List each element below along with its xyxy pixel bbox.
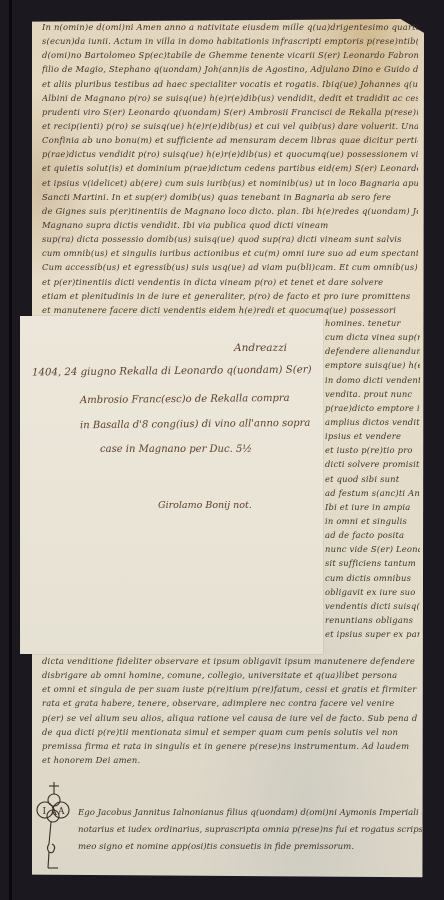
text-line: homines. tenetur xyxy=(325,316,420,330)
text-line: de qua dicti p(re)tii mentionata simul e… xyxy=(42,725,418,739)
text-line: et manutenere facere dicti vendentis eid… xyxy=(42,303,418,317)
text-line: renuntians obligans xyxy=(325,613,420,627)
pasted-archival-note: Andreazzi 1404, 24 giugno Rekalla di Leo… xyxy=(20,316,323,654)
text-line: rata et grata habere, tenere, observare,… xyxy=(42,696,418,710)
text-line: et quietis solut(is) et dominium p(rae)d… xyxy=(42,161,418,175)
manuscript-text-upper: In n(omin)e d(omi)ni Amen anno a nativit… xyxy=(42,20,418,317)
sign-letter-2: A xyxy=(50,808,58,818)
subscription-line: notarius et iudex ordinarius, suprascrip… xyxy=(78,822,422,839)
text-line: Albini de Magnano p(ro) se suisq(ue) h(e… xyxy=(42,91,418,105)
text-line: vendita. prout nunc xyxy=(325,387,420,401)
sign-letter-1: I xyxy=(43,807,47,817)
text-line: et recip(ienti) p(ro) se suisq(ue) h(e)r… xyxy=(42,119,418,133)
text-line: filio de Magio, Stephano q(uondam) Joh(a… xyxy=(42,62,418,76)
text-line: p(er) se vel alium seu alios, aliqua rat… xyxy=(42,711,418,725)
text-line: Ibi et iure in ampia xyxy=(325,500,420,514)
text-line: Sancti Martini. In et sup(er) domib(us) … xyxy=(42,190,418,204)
sign-letter-3: A xyxy=(57,807,65,817)
text-line: dicta venditione fideliter observare et … xyxy=(42,654,418,668)
text-line: Magnano supra dictis vendidit. Ibi via p… xyxy=(42,218,418,232)
text-line: et p(er)tinentiis dicti vendentis in dic… xyxy=(42,275,418,289)
text-line: cum dictis omnibus xyxy=(325,571,420,585)
text-line: In n(omin)e d(omi)ni Amen anno a nativit… xyxy=(42,20,418,34)
text-line: etiam et plenitudinis in de iure et gene… xyxy=(42,289,418,303)
text-line: dicti solvere promisit xyxy=(325,457,420,471)
notary-sign-icon: I A A xyxy=(34,780,74,875)
subscription-line: meo signo et nomine app(osi)tis consueti… xyxy=(78,839,422,856)
text-line: ipsius et vendere xyxy=(325,429,420,443)
text-line: et ipsius v(idelicet) ab(ere) cum suis i… xyxy=(42,176,418,190)
text-line: Cum accessib(us) et egressib(us) suis us… xyxy=(42,260,418,274)
text-line: Confinia ab uno bonu(m) et sufficiente a… xyxy=(42,133,418,147)
manuscript-text-lower: dicta venditione fideliter observare et … xyxy=(42,654,418,767)
text-line: obligavit ex iure suo xyxy=(325,585,420,599)
manuscript-text-right-margin: homines. tenetur cum dicta vinea sup(ra)… xyxy=(325,316,420,641)
text-line: defendere alienandum xyxy=(325,344,420,358)
text-line: emptore suisq(ue) h(e)r(e)dib(us) xyxy=(325,358,420,372)
text-line: d(omi)no Bartolomeo Sp(ec)tabile de Ghem… xyxy=(42,48,418,62)
text-line: amplius dictos vendit xyxy=(325,415,420,429)
text-line: vendentis dicti suisq(ue) xyxy=(325,599,420,613)
text-line: et quod sibi sunt xyxy=(325,472,420,486)
notarial-subscription: Ego Jacobus Jannitus Ialnonianus filius … xyxy=(78,805,422,856)
text-line: sit sufficiens tantum xyxy=(325,556,420,570)
text-line: et aliis pluribus testibus ad haec speci… xyxy=(42,77,418,91)
note-line-4: case in Magnano per Duc. 5½ xyxy=(100,444,252,455)
text-line: p(rae)dicto emptore iure et xyxy=(325,401,420,415)
text-line: sup(ra) dicta possessio domib(us) suisq(… xyxy=(42,232,418,246)
text-line: et iusto p(re)tio pro xyxy=(325,443,420,457)
text-line: disbrigare ab omni homine, comune, colle… xyxy=(42,668,418,682)
text-line: prudenti viro S(er) Leonardo q(uondam) S… xyxy=(42,105,418,119)
text-line: cum omnib(us) et singulis iuribus action… xyxy=(42,246,418,260)
text-line: et omni et singula de per suam iuste p(r… xyxy=(42,682,418,696)
subscription-line: Ego Jacobus Jannitus Ialnonianus filius … xyxy=(78,805,422,822)
text-line: ad de facto posita xyxy=(325,528,420,542)
note-line-1: 1404, 24 giugno Rekalla di Leonardo q(uo… xyxy=(32,365,312,379)
text-line: cum dicta vinea sup(ra) xyxy=(325,330,420,344)
text-line: de Gignes suis p(er)tinentiis de Magnano… xyxy=(42,204,418,218)
text-line: et ipsius super ex parte xyxy=(325,627,420,641)
text-line: nunc vide S(er) Leonardo xyxy=(325,542,420,556)
note-signature: Girolamo Bonij not. xyxy=(158,500,252,511)
scan-frame-edge xyxy=(9,0,12,900)
note-heading: Andreazzi xyxy=(234,342,287,354)
text-line: in domo dicti vendentis xyxy=(325,373,420,387)
text-line: et honorem Dei amen. xyxy=(42,753,418,767)
text-line: ad festum s(anc)ti Andree xyxy=(325,486,420,500)
text-line: p(rae)dictus vendidit p(ro) suisq(ue) h(… xyxy=(42,147,418,161)
note-line-2: Ambrosio Franc(esc)o de Rekalla compra xyxy=(80,393,290,406)
note-line-3: in Basalla d'8 cong(ius) di vino all'ann… xyxy=(80,418,310,431)
text-line: in omni et singulis xyxy=(325,514,420,528)
text-line: premissa firma et rata in singulis et in… xyxy=(42,739,418,753)
text-line: s(ecun)da iunii. Actum in villa in domo … xyxy=(42,34,418,48)
